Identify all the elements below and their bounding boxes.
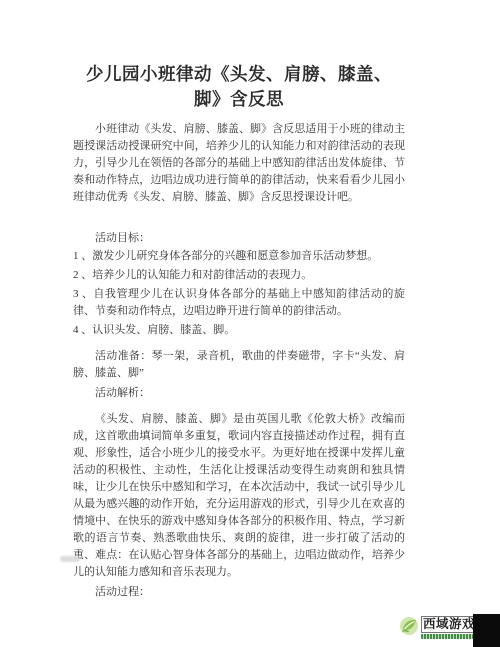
page-title-line-1: 少儿园小班律动《头发、肩膀、膝盖、 [73,62,405,87]
goal-item-2: 2 、培养少儿的认知能力和对韵律活动的表现力。 [73,267,405,284]
goal-item-1: 1 、激发少儿研究身体各部分的兴趣和愿意参加音乐活动梦想。 [73,248,405,265]
page-title-line-2: 脚》含反思 [73,87,405,112]
process-heading: 活动过程： [73,584,405,601]
analysis-heading: 活动解析： [73,385,405,402]
preparation-paragraph: 活动准备：琴一架，录音机，歌曲的伴奏磁带，字卡“头发、肩膀、膝盖、脚” [73,348,405,382]
document-page: 少儿园小班律动《头发、肩膀、膝盖、 脚》含反思 小班律动《头发、肩膀、膝盖、脚》… [0,0,500,647]
page-title: 少儿园小班律动《头发、肩膀、膝盖、 脚》含反思 [73,62,405,112]
analysis-paragraph: 《头发、肩膀、膝盖、脚》是由英国儿歌《伦敦大桥》改编而成，这首歌曲填词简单多重复… [73,411,405,581]
intro-paragraph: 小班律动《头发、肩膀、膝盖、脚》含反思适用于小班的律动主题授课活动授课研究中间，… [73,121,405,206]
watermark-subtext-strip [421,634,473,639]
leaf-logo-icon [399,616,419,636]
black-corner-artifact [473,614,500,647]
goal-item-3: 3 、自我管理少儿在认识身体各部分的基础上中感知韵律活动的旋律、节奏和动作特点，… [73,286,405,320]
scan-smudge-artifact [60,556,80,562]
goals-heading: 活动目标： [73,230,405,247]
document-content: 少儿园小班律动《头发、肩膀、膝盖、 脚》含反思 小班律动《头发、肩膀、膝盖、脚》… [73,0,405,601]
goal-item-4: 4 、认识头发、肩膀、膝盖、脚。 [73,322,405,339]
goals-list: 1 、激发少儿研究身体各部分的兴趣和愿意参加音乐活动梦想。 2 、培养少儿的认知… [73,248,405,339]
